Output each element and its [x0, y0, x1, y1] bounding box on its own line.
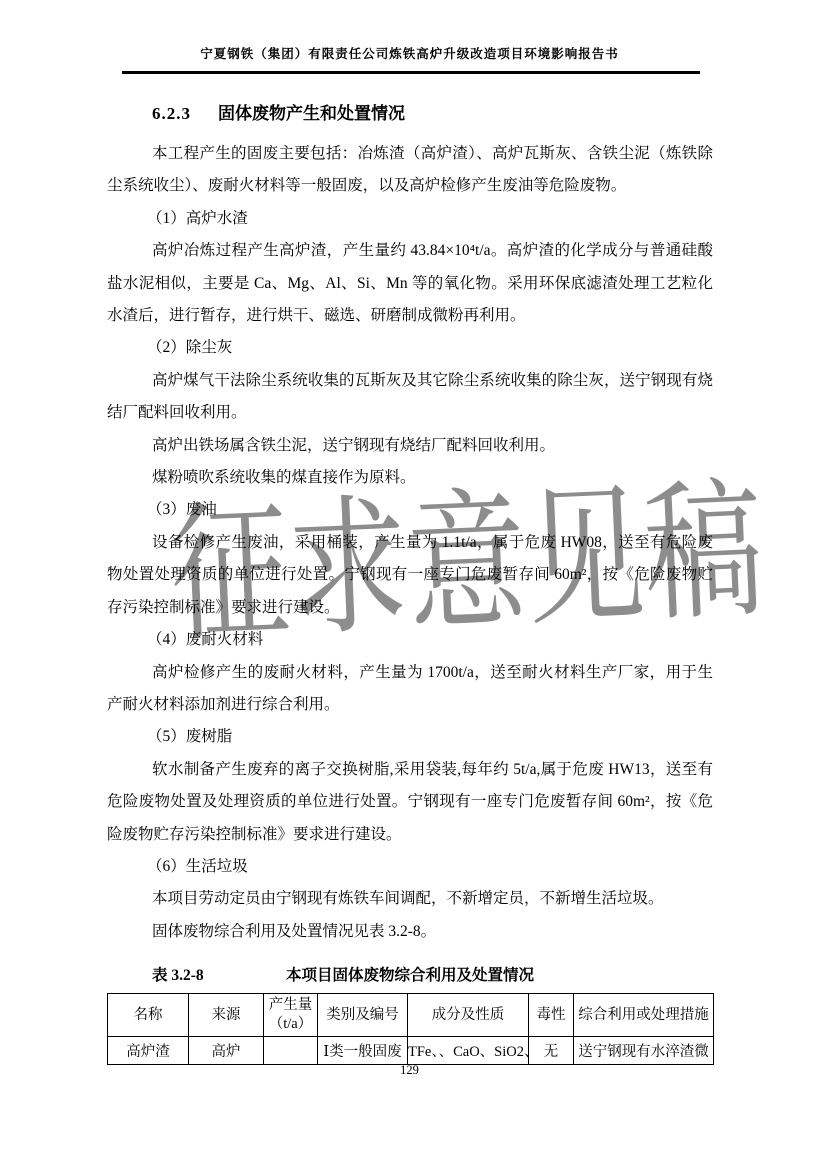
paragraph: 高炉煤气干法除尘系统收集的瓦斯灰及其它除尘系统收集的除尘灰，送宁钢现有烧结厂配料… [107, 365, 713, 430]
content-blocks: 本工程产生的固废主要包括：冶炼渣（高炉渣）、高炉瓦斯灰、含铁尘泥（炼铁除尘系统收… [107, 138, 713, 948]
table-caption: 表 3.2-8 本项目固体废物综合利用及处置情况 [107, 959, 713, 993]
paragraph: 高炉冶炼过程产生高炉渣，产生量约 43.84×10⁴t/a。高炉渣的化学成分与普… [107, 235, 713, 332]
paragraph: 本项目劳动定员由宁钢现有炼铁车间调配，不新增定员，不新增生活垃圾。 [107, 883, 713, 915]
paragraph: 煤粉喷吹系统收集的煤直接作为原料。 [107, 462, 713, 494]
table-header-cell: 来源 [189, 994, 264, 1037]
table-header-cell: 毒性 [529, 994, 574, 1037]
list-subheading: （6）生活垃圾 [107, 851, 713, 883]
table-cell: 送宁钢现有水淬渣微 [574, 1037, 714, 1065]
page-number: 129 [0, 1063, 819, 1078]
section-title: 固体废物产生和处置情况 [218, 104, 405, 123]
table-header-cell: 产生量 （t/a） [264, 994, 318, 1037]
table-header: 名称来源产生量 （t/a）类别及编号成分及性质毒性综合利用或处理措施 [108, 994, 714, 1037]
list-subheading: （4）废耐火材料 [107, 624, 713, 656]
document-page: 宁夏钢铁（集团）有限责任公司炼铁高炉升级改造项目环境影响报告书 征求意见稿 6.… [0, 0, 819, 1158]
table-header-row: 名称来源产生量 （t/a）类别及编号成分及性质毒性综合利用或处理措施 [108, 994, 714, 1037]
table-cell: 高炉渣 [108, 1037, 189, 1065]
table-cell [264, 1037, 318, 1065]
table-body: 高炉渣高炉Ⅰ类一般固废TFe、、CaO、SiO2、无送宁钢现有水淬渣微 [108, 1037, 714, 1065]
section-heading: 6.2.3固体废物产生和处置情况 [152, 101, 713, 127]
paragraph: 本工程产生的固废主要包括：冶炼渣（高炉渣）、高炉瓦斯灰、含铁尘泥（炼铁除尘系统收… [107, 138, 713, 203]
table-header-cell: 名称 [108, 994, 189, 1037]
paragraph: 设备检修产生废油，采用桶装，产生量为 1.1t/a，属于危废 HW08，送至有危… [107, 527, 713, 624]
table-caption-title: 本项目固体废物综合利用及处置情况 [286, 967, 534, 984]
running-header-title: 宁夏钢铁（集团）有限责任公司炼铁高炉升级改造项目环境影响报告书 [60, 44, 759, 62]
table-caption-label: 表 3.2-8 [152, 959, 204, 993]
paragraph: 高炉出铁场属含铁尘泥，送宁钢现有烧结厂配料回收利用。 [107, 430, 713, 462]
table-row: 高炉渣高炉Ⅰ类一般固废TFe、、CaO、SiO2、无送宁钢现有水淬渣微 [108, 1037, 714, 1065]
section-number: 6.2.3 [152, 101, 191, 127]
table-header-cell: 类别及编号 [318, 994, 408, 1037]
list-subheading: （5）废树脂 [107, 721, 713, 753]
paragraph: 高炉检修产生的废耐火材料，产生量为 1700t/a，送至耐火材料生产厂家，用于生… [107, 657, 713, 722]
table-cell: TFe、、CaO、SiO2、 [408, 1037, 529, 1065]
list-subheading: （3）废油 [107, 494, 713, 526]
paragraph: 固体废物综合利用及处置情况见表 3.2-8。 [107, 916, 713, 948]
header-rule [122, 71, 700, 74]
table-cell: 高炉 [189, 1037, 264, 1065]
list-subheading: （1）高炉水渣 [107, 203, 713, 235]
list-subheading: （2）除尘灰 [107, 332, 713, 364]
table-cell: 无 [529, 1037, 574, 1065]
table-header-cell: 综合利用或处理措施 [574, 994, 714, 1037]
table-header-cell: 成分及性质 [408, 994, 529, 1037]
page-content: 6.2.3固体废物产生和处置情况 本工程产生的固废主要包括：冶炼渣（高炉渣）、高… [107, 101, 713, 993]
paragraph: 软水制备产生废弃的离子交换树脂,采用袋装,每年约 5t/a,属于危废 HW13，… [107, 754, 713, 851]
table-cell: Ⅰ类一般固废 [318, 1037, 408, 1065]
solid-waste-table: 名称来源产生量 （t/a）类别及编号成分及性质毒性综合利用或处理措施 高炉渣高炉… [107, 993, 714, 1065]
